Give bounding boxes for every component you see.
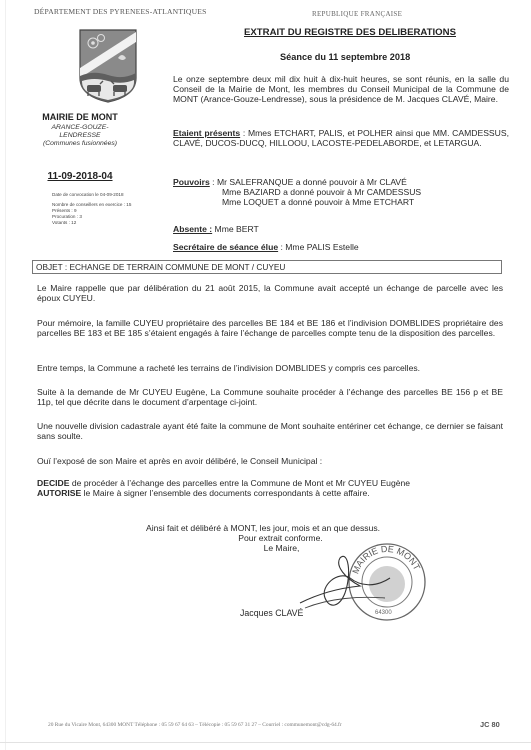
republic-header: REPUBLIQUE FRANÇAISE — [312, 10, 402, 18]
body-paragraph: Ouï l’exposé de son Maire et après en av… — [37, 456, 503, 466]
council-counts: Nombre de conseillers en exercice : 15 P… — [52, 202, 131, 226]
absentees-list: Mme BERT — [212, 224, 259, 234]
secretary-label: Secrétaire de séance élue — [173, 242, 278, 252]
decide-label: DECIDE — [37, 478, 69, 488]
coat-of-arms-icon — [78, 28, 138, 103]
absentees-label: Absente : — [173, 224, 212, 234]
absentees: Absente : Mme BERT — [173, 224, 259, 234]
proxy-line: : Mr SALEFRANQUE a donné pouvoir à Mr CL… — [210, 177, 407, 187]
body-paragraph: Une nouvelle division cadastrale ayant é… — [37, 421, 503, 441]
signatory-name: Jacques CLAVÉ — [240, 608, 303, 618]
decide-text: de procéder à l’échange des parcelles en… — [69, 478, 410, 488]
subtitle-line: (Communes fusionnées) — [0, 140, 160, 148]
mayor-title: Le Maire, — [0, 543, 531, 553]
signature-icon — [290, 548, 400, 618]
autorise-label: AUTORISE — [37, 488, 81, 498]
session-intro: Le onze septembre deux mil dix huit à di… — [173, 74, 509, 104]
decision: DECIDE de procéder à l’échange des parce… — [37, 478, 503, 498]
footer-contact: 20 Rue du Vicaire Mont, 64300 MONT Télép… — [48, 722, 342, 728]
footer-code: JC 80 — [480, 720, 500, 729]
count-line: Votants : 12 — [52, 220, 131, 226]
body-paragraph: Pour mémoire, la famille CUYEU propriéta… — [37, 318, 503, 338]
department-header: DÉPARTEMENT DES PYRENEES-ATLANTIQUES — [34, 7, 207, 16]
attendees: Etaient présents : Mmes ETCHART, PALIS, … — [173, 128, 509, 148]
body-paragraph: Entre temps, la Commune a racheté les te… — [37, 363, 503, 373]
document-title: EXTRAIT DU REGISTRE DES DELIBERATIONS — [244, 27, 456, 38]
session-secretary: Secrétaire de séance élue : Mme PALIS Es… — [173, 242, 359, 252]
session-date: Séance du 11 septembre 2018 — [280, 52, 410, 62]
subtitle-line: ARANCE-GOUZE- — [0, 124, 160, 132]
subject-box: OBJET : ECHANGE DE TERRAIN COMMUNE DE MO… — [32, 260, 502, 274]
proxies: Pouvoirs : Mr SALEFRANQUE a donné pouvoi… — [173, 177, 421, 207]
deliberation-reference: 11-09-2018-04 — [0, 171, 160, 182]
body-paragraph: Suite à la demande de Mr CUYEU Eugène, L… — [37, 387, 503, 407]
convocation-date: Date de convocation le 04-09-2018 — [52, 192, 124, 198]
bottom-divider — [0, 742, 531, 743]
proxies-label: Pouvoirs — [173, 177, 210, 187]
attendees-label: Etaient présents — [173, 128, 240, 138]
proxy-line: Mme BAZIARD a donné pouvoir à Mr CAMDESS… — [173, 187, 421, 197]
mairie-name: MAIRIE DE MONT — [0, 112, 160, 122]
proxy-line: Mme LOQUET a donné pouvoir à Mme ETCHART — [173, 197, 421, 207]
body-paragraph: Le Maire rappelle que par délibération d… — [37, 283, 503, 303]
certified-extract: Pour extrait conforme. — [0, 533, 531, 543]
closing-statement: Ainsi fait et délibéré à MONT, les jour,… — [146, 523, 380, 533]
autorise-text: le Maire à signer l’ensemble des documen… — [81, 488, 369, 498]
subtitle-line: LENDRESSE — [0, 132, 160, 140]
secretary-name: : Mme PALIS Estelle — [278, 242, 359, 252]
commune-subtitle: ARANCE-GOUZE- LENDRESSE (Communes fusion… — [0, 124, 160, 149]
